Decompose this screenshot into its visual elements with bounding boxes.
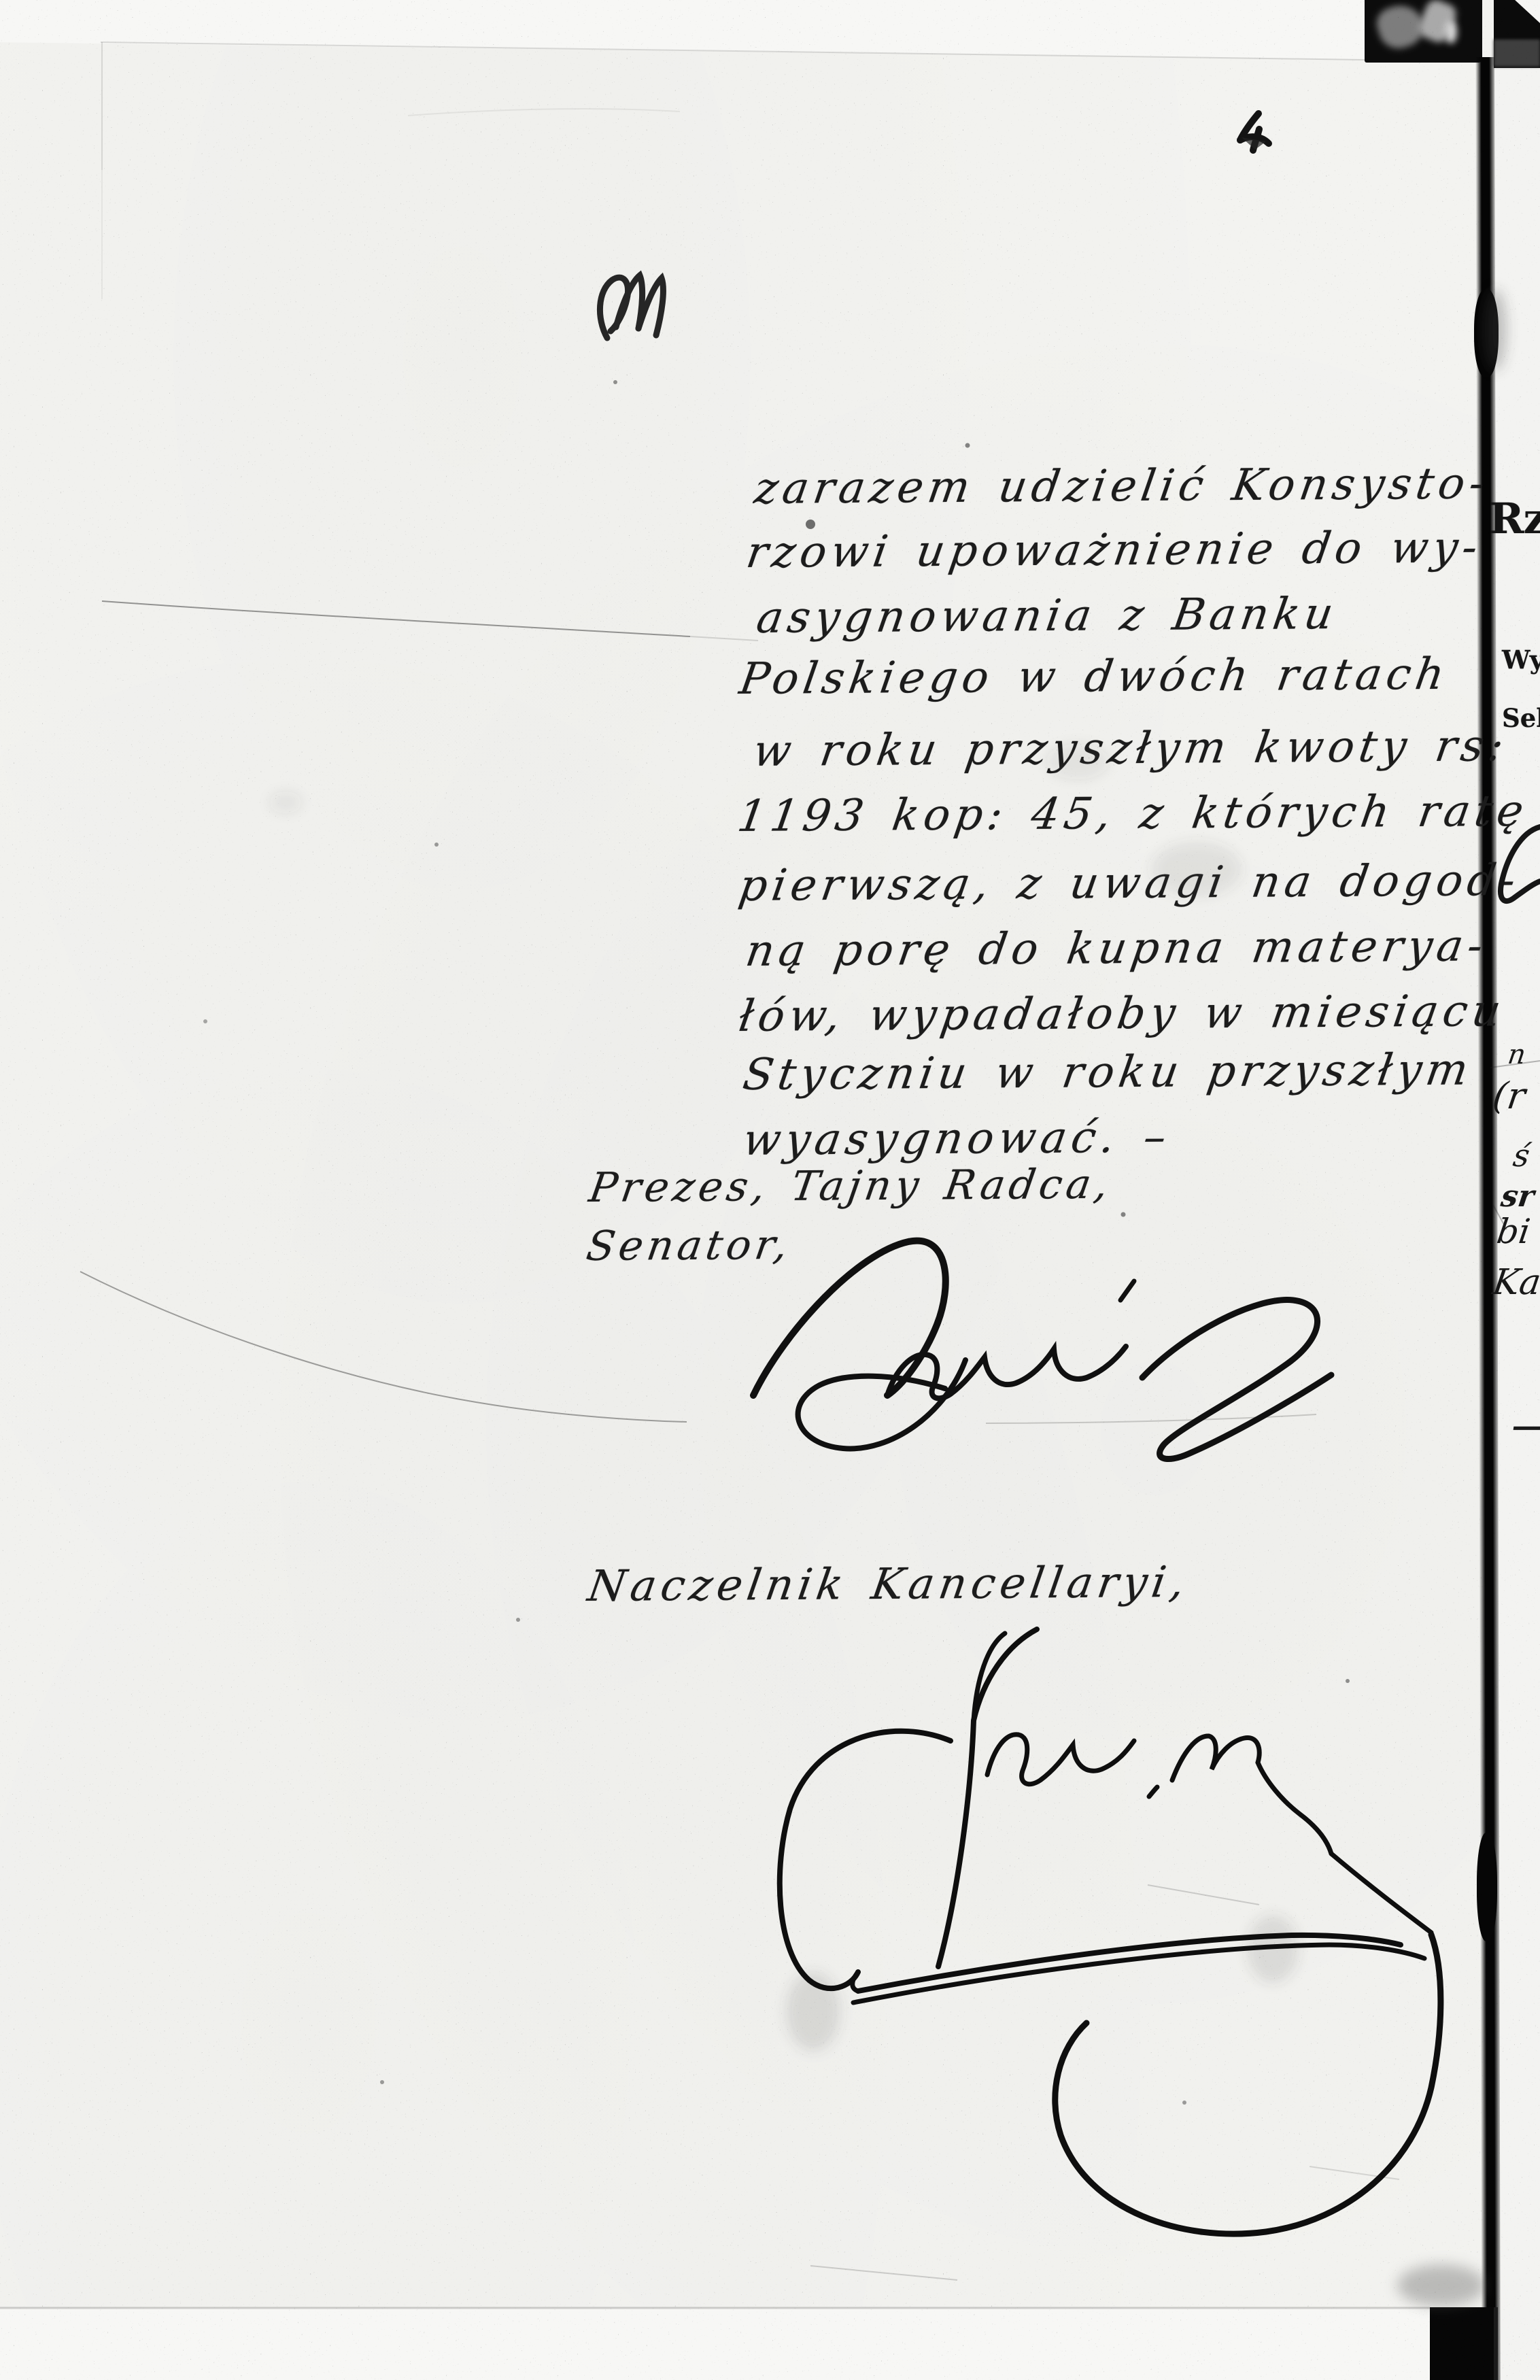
underlying-page-bottom-strip — [0, 2308, 1430, 2380]
body-line-4: Polskiego w dwóch ratach — [736, 649, 1452, 704]
body-line-2: rzowi upoważnienie do wy- — [743, 522, 1486, 578]
signatory-title-line: Prezes, Tajny Radca, — [586, 1161, 1116, 1212]
letterhead-fragment-sekcya: Sek — [1502, 703, 1540, 733]
scan-smudge — [1397, 2264, 1486, 2307]
page-number-mark — [1240, 114, 1269, 150]
body-line-11: wyasygnować. – — [740, 1112, 1174, 1166]
letterhead-fragment-wydzial: Wyd — [1502, 645, 1540, 675]
underlying-page-top-strip — [0, 0, 1367, 61]
body-line-5: w roku przyszłym kwoty rs: — [750, 721, 1511, 777]
scanned-document-page: zarazem udzielić Konsysto- rzowi upoważn… — [0, 0, 1540, 2380]
handwriting-fragment: sr — [1499, 1179, 1536, 1214]
page-edge-shadow — [1494, 39, 1540, 67]
signatory-title-line2: Senator, — [583, 1221, 795, 1270]
handwriting-dash: — — [1509, 1409, 1540, 1444]
body-line-8: ną porę do kupna materya- — [742, 921, 1491, 976]
handwriting-fragment: bi — [1494, 1212, 1533, 1251]
handwriting-fragment: (r — [1490, 1074, 1528, 1117]
next-page-bottom-edge — [1494, 2307, 1498, 2380]
president-signature — [753, 1241, 1331, 1459]
body-line-7: pierwszą, z uwagi na dogod- — [736, 855, 1524, 911]
paper-corner-wedge — [1509, 0, 1540, 23]
bottom-dark-background — [1430, 2307, 1494, 2380]
body-line-1: zarazem udzielić Konsysto- — [751, 458, 1493, 514]
letterhead-fragment-rzad: Rzą — [1489, 494, 1540, 543]
chancellery-title-line: Naczelnik Kancellaryi, — [585, 1557, 1193, 1611]
body-line-9: łów, wypadałoby w miesiącu — [736, 986, 1509, 1042]
top-dark-background — [1365, 0, 1482, 63]
gutter-ink-bulge — [1474, 289, 1499, 377]
binding-highlight — [1445, 20, 1457, 44]
monogram-mark — [600, 275, 663, 338]
body-line-3: asygnowania z Banku — [753, 589, 1341, 643]
handwriting-fragment: Ka — [1490, 1262, 1540, 1303]
body-line-6: 1193 kop: 45, z których ratę — [734, 786, 1532, 842]
chancellery-signature — [780, 1629, 1441, 2234]
gutter-ink-bulge — [1477, 1833, 1497, 1941]
top-right-dark-background — [1494, 0, 1540, 68]
body-line-10: Styczniu w roku przyszłym — [740, 1045, 1476, 1100]
